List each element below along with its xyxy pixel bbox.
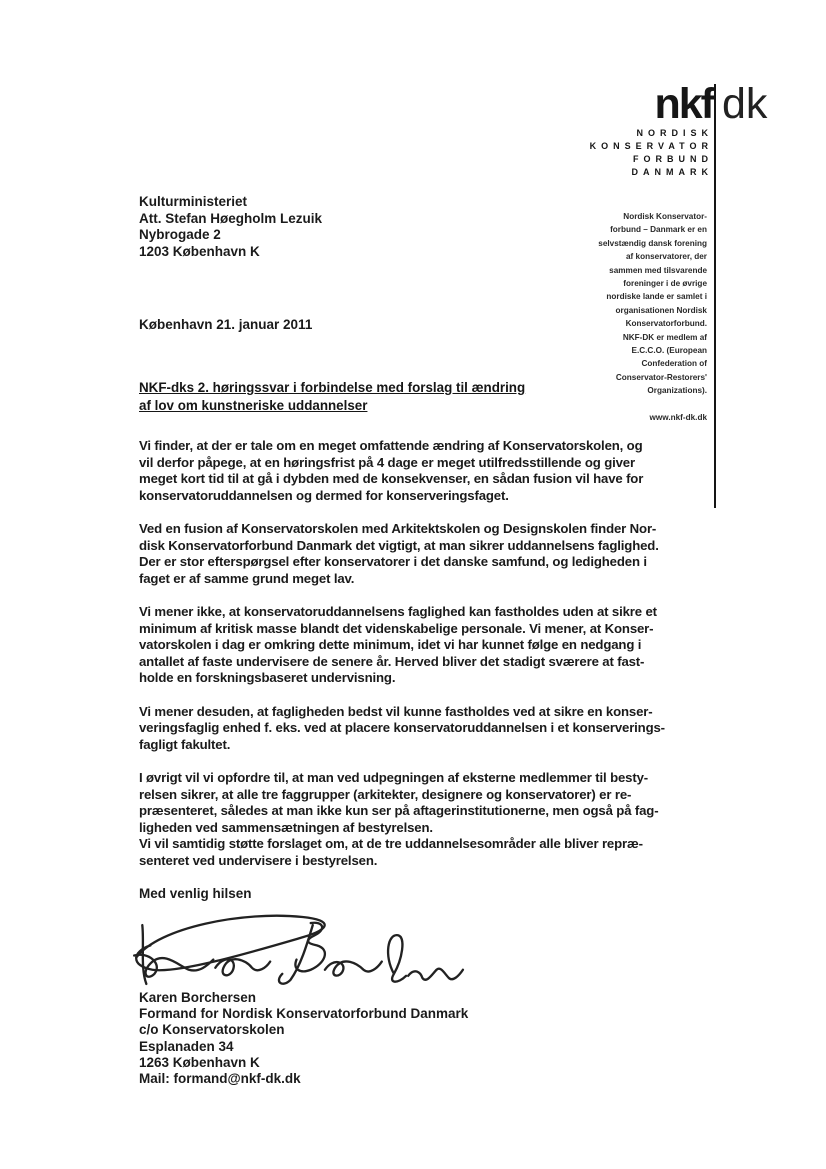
nkf-logo-text: nkf xyxy=(655,84,714,124)
org-line-forbund: FORBUND xyxy=(590,153,713,166)
closing-salutation: Med venlig hilsen xyxy=(139,886,252,901)
letter-date: København 21. januar 2011 xyxy=(139,317,312,332)
handwritten-signature xyxy=(122,905,467,1000)
subject-line: NKF-dks 2. høringssvar i forbindelse med… xyxy=(139,379,525,415)
sidebar-about-text: Nordisk Konservator- forbund – Danmark e… xyxy=(582,210,707,425)
paragraph-1: Vi finder, at der er tale om en meget om… xyxy=(139,438,739,504)
organization-name: NORDISK KONSERVATOR FORBUND DANMARK xyxy=(590,127,708,179)
recipient-address: Kulturministeriet Att. Stefan Høegholm L… xyxy=(139,194,322,260)
scanned-letter-page: nkf dk NORDISK KONSERVATOR FORBUND DANMA… xyxy=(0,0,826,1169)
org-line-danmark: DANMARK xyxy=(590,166,713,179)
paragraph-3: Vi mener ikke, at konservatoruddannelsen… xyxy=(139,604,739,687)
paragraph-5: I øvrigt vil vi opfordre til, at man ved… xyxy=(139,770,739,869)
paragraph-2: Ved en fusion af Konservatorskolen med A… xyxy=(139,521,739,587)
signer-details: Karen Borchersen Formand for Nordisk Kon… xyxy=(139,990,468,1087)
paragraph-4: Vi mener desuden, at fagligheden bedst v… xyxy=(139,704,739,754)
org-line-konservator: KONSERVATOR xyxy=(590,140,713,153)
dk-logo-text: dk xyxy=(722,84,767,124)
letter-body: Vi finder, at der er tale om en meget om… xyxy=(139,438,739,886)
org-line-nordisk: NORDISK xyxy=(590,127,713,140)
